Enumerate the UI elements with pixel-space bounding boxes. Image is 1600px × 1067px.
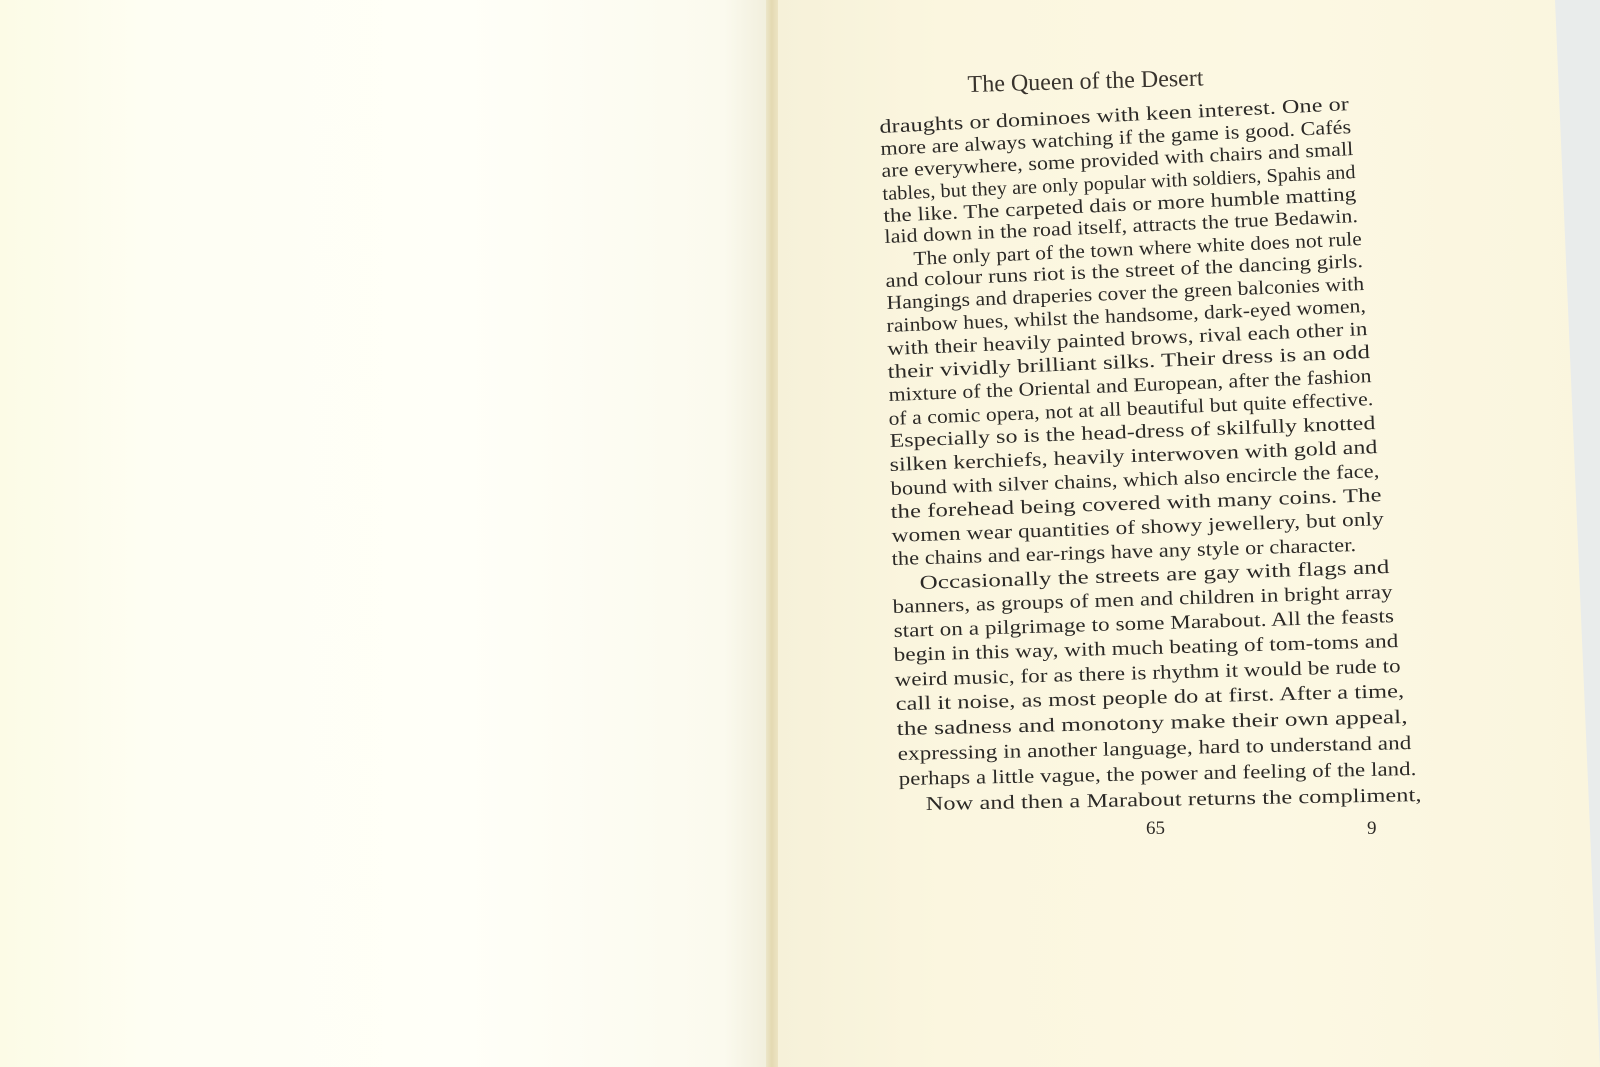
signature-mark: 9 [1367, 818, 1377, 840]
page-number: 65 [1146, 818, 1165, 840]
book-gutter [766, 0, 780, 1067]
left-page-blank [0, 0, 770, 1067]
